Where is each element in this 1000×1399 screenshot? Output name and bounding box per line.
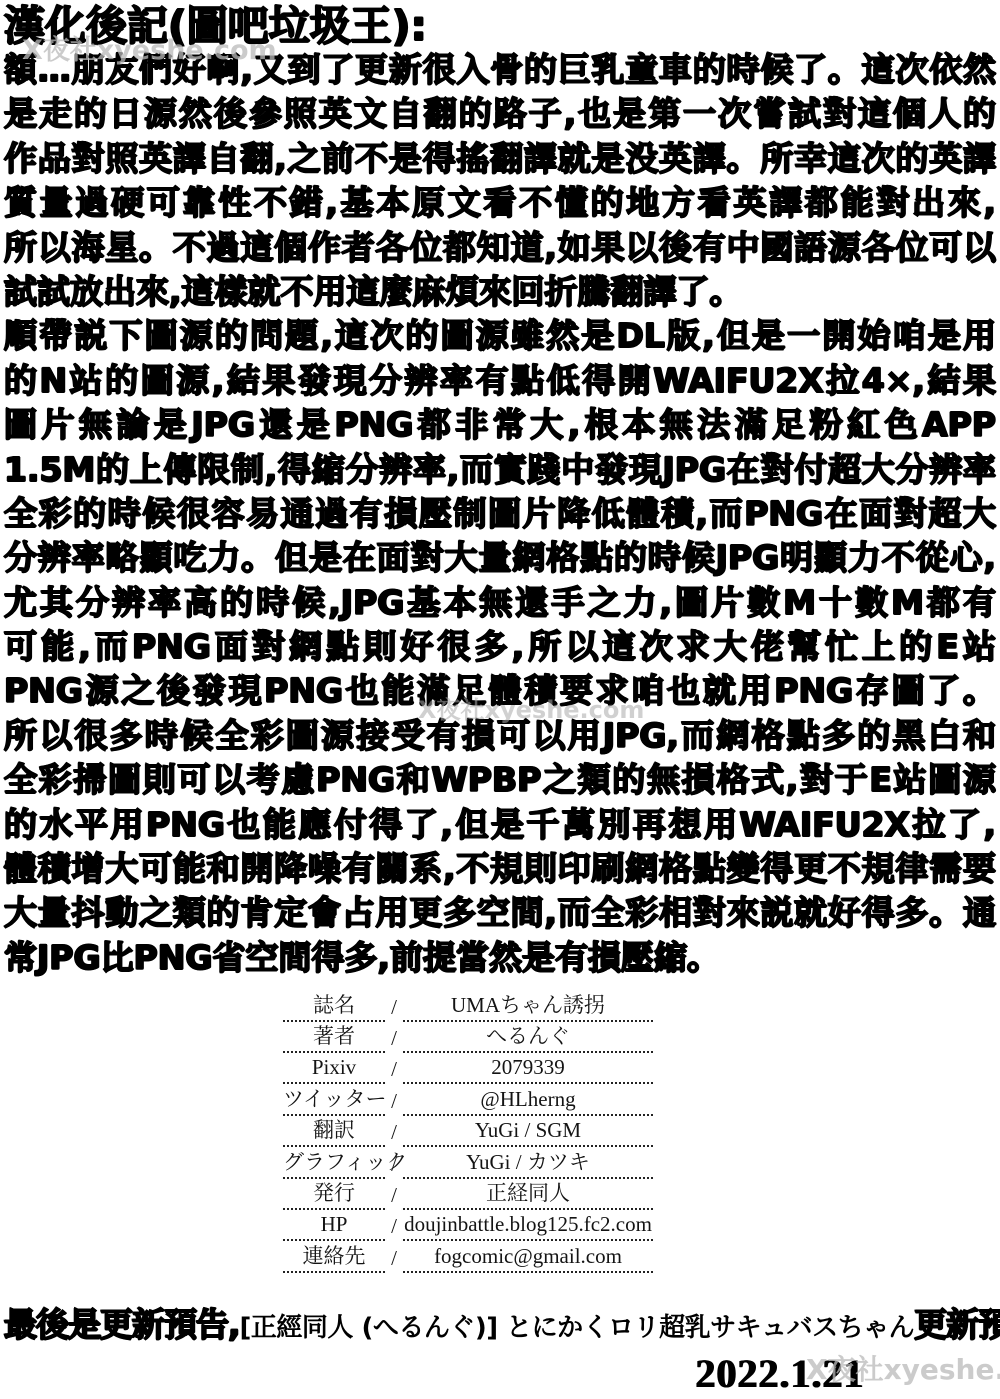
credits-table: 誌名 / UMAちゃん誘拐 著者 / へるんぐ Pixiv / 2079339 … <box>283 990 1000 1273</box>
credit-label: 発行 <box>283 1179 385 1210</box>
credit-separator: / <box>385 1024 403 1053</box>
credit-value: 2079339 <box>403 1053 653 1084</box>
afterword-line: 分辨率略顯吃力。但是在面對大量網格點的時候JPG明顯力不從心, <box>4 536 996 580</box>
credits-row: 翻訳 / YuGi / SGM <box>283 1116 1000 1147</box>
announcement-work-title: [正經同人 (へるんぐ)] とにかくロリ超乳サキュバスちゃん <box>240 1307 915 1344</box>
credits-row: 著者 / へるんぐ <box>283 1022 1000 1053</box>
credits-row: 連絡先 / fogcomic@gmail.com <box>283 1241 1000 1272</box>
credit-value: UMAちゃん誘拐 <box>403 991 653 1022</box>
afterword-line: 尤其分辨率高的時候,JPG基本無還手之力,圖片數M十數M都有 <box>4 581 996 625</box>
credit-separator: / <box>385 1212 403 1241</box>
page-title: 漢化後記(圖吧垃圾王): <box>0 0 1000 48</box>
credit-separator: / <box>385 1181 403 1210</box>
credit-label: Pixiv <box>283 1053 385 1084</box>
credits-row: 誌名 / UMAちゃん誘拐 <box>283 990 1000 1021</box>
credit-value: YuGi / カツキ <box>403 1148 653 1179</box>
credit-value: doujinbattle.blog125.fc2.com <box>403 1210 653 1241</box>
afterword-line: 順帶説下圖源的問題,這次的圖源雖然是DL版,但是一開始咱是用 <box>4 314 996 358</box>
credits-row: Pixiv / 2079339 <box>283 1053 1000 1084</box>
announcement-prefix: 最後是更新預告, <box>4 1299 240 1346</box>
afterword-line: 全彩掃圖則可以考慮PNG和WPBP之類的無損格式,對于E站圖源 <box>4 758 996 802</box>
announcement-suffix: 更新預定 <box>914 1299 1000 1346</box>
afterword-line: 所以很多時候全彩圖源接受有損可以用JPG,而網格點多的黑白和 <box>4 714 996 758</box>
afterword-line: 可能,而PNG面對網點則好很多,所以這次求大佬幫忙上的E站 <box>4 625 996 669</box>
credit-separator: / <box>385 1087 403 1116</box>
afterword-line: 體積增大可能和開降噪有關系,不規則印刷網格點變得更不規律需要 <box>4 847 996 891</box>
credit-value: YuGi / SGM <box>403 1116 653 1147</box>
afterword-line: 作品對照英譯自翻,之前不是得搖翻譯就是没英譯。所幸這次的英譯 <box>4 137 996 181</box>
afterword-line: 大量抖動之類的肯定會占用更多空間,而全彩相對來説就好得多。通 <box>4 891 996 935</box>
afterword-line: 額…朋友們好啊,又到了更新很入骨的巨乳童車的時候了。這次依然 <box>4 48 996 92</box>
afterword-paragraphs: 額…朋友們好啊,又到了更新很入骨的巨乳童車的時候了。這次依然 是走的日源然後參照… <box>0 48 1000 980</box>
afterword-line: 質量過硬可靠性不錯,基本原文看不懂的地方看英譯都能對出來, <box>4 181 996 225</box>
afterword-page: X夜社xyeshe.com X夜社xyeshe.com X夜社xyeshe.co… <box>0 0 1000 1399</box>
credit-separator: / <box>385 1150 403 1179</box>
credits-row: グラフィック / YuGi / カツキ <box>283 1147 1000 1178</box>
credit-value: @HLherng <box>403 1085 653 1116</box>
credit-value: fogcomic@gmail.com <box>403 1242 653 1273</box>
credit-label: ツイッター <box>283 1085 385 1116</box>
credit-value: へるんぐ <box>403 1022 653 1053</box>
credit-separator: / <box>385 1244 403 1273</box>
afterword-line: 1.5M的上傳限制,得縮分辨率,而實踐中發現JPG在對付超大分辨率 <box>4 448 996 492</box>
credit-separator: / <box>385 1055 403 1084</box>
credits-row: HP / doujinbattle.blog125.fc2.com <box>283 1210 1000 1241</box>
afterword-line: 的水平用PNG也能應付得了,但是千萬別再想用WAIFU2X拉了, <box>4 803 996 847</box>
credit-label: 著者 <box>283 1022 385 1053</box>
credit-label: HP <box>283 1210 385 1241</box>
update-announcement: 最後是更新預告, [正經同人 (へるんぐ)] とにかくロリ超乳サキュバスちゃん … <box>0 1299 1000 1346</box>
credit-separator: / <box>385 993 403 1022</box>
credit-separator: / <box>385 1118 403 1147</box>
credit-label: 翻訳 <box>283 1116 385 1147</box>
afterword-line: 的N站的圖源,結果發現分辨率有點低得開WAIFU2X拉4×,結果 <box>4 359 996 403</box>
credit-value: 正経同人 <box>403 1179 653 1210</box>
credit-label: 誌名 <box>283 991 385 1022</box>
credit-label: 連絡先 <box>283 1242 385 1273</box>
afterword-line: 圖片無論是JPG還是PNG都非常大,根本無法滿足粉紅色APP <box>4 403 996 447</box>
afterword-line: 常JPG比PNG省空間得多,前提當然是有損壓縮。 <box>4 936 996 980</box>
release-date: 2022.1.21 <box>0 1350 1000 1397</box>
credit-label: グラフィック <box>283 1148 385 1179</box>
afterword-line: 試試放出來,這樣就不用這麼麻煩來回折騰翻譯了。 <box>4 270 996 314</box>
afterword-line: 全彩的時候很容易通過有損壓制圖片降低體積,而PNG在面對超大 <box>4 492 996 536</box>
afterword-line: PNG源之後發現PNG也能滿足體積要求咱也就用PNG存圖了。 <box>4 669 996 713</box>
afterword-line: 所以海星。不過這個作者各位都知道,如果以後有中國語源各位可以 <box>4 226 996 270</box>
credits-row: 発行 / 正経同人 <box>283 1179 1000 1210</box>
credits-row: ツイッター / @HLherng <box>283 1084 1000 1115</box>
afterword-line: 是走的日源然後參照英文自翻的路子,也是第一次嘗試對這個人的 <box>4 92 996 136</box>
